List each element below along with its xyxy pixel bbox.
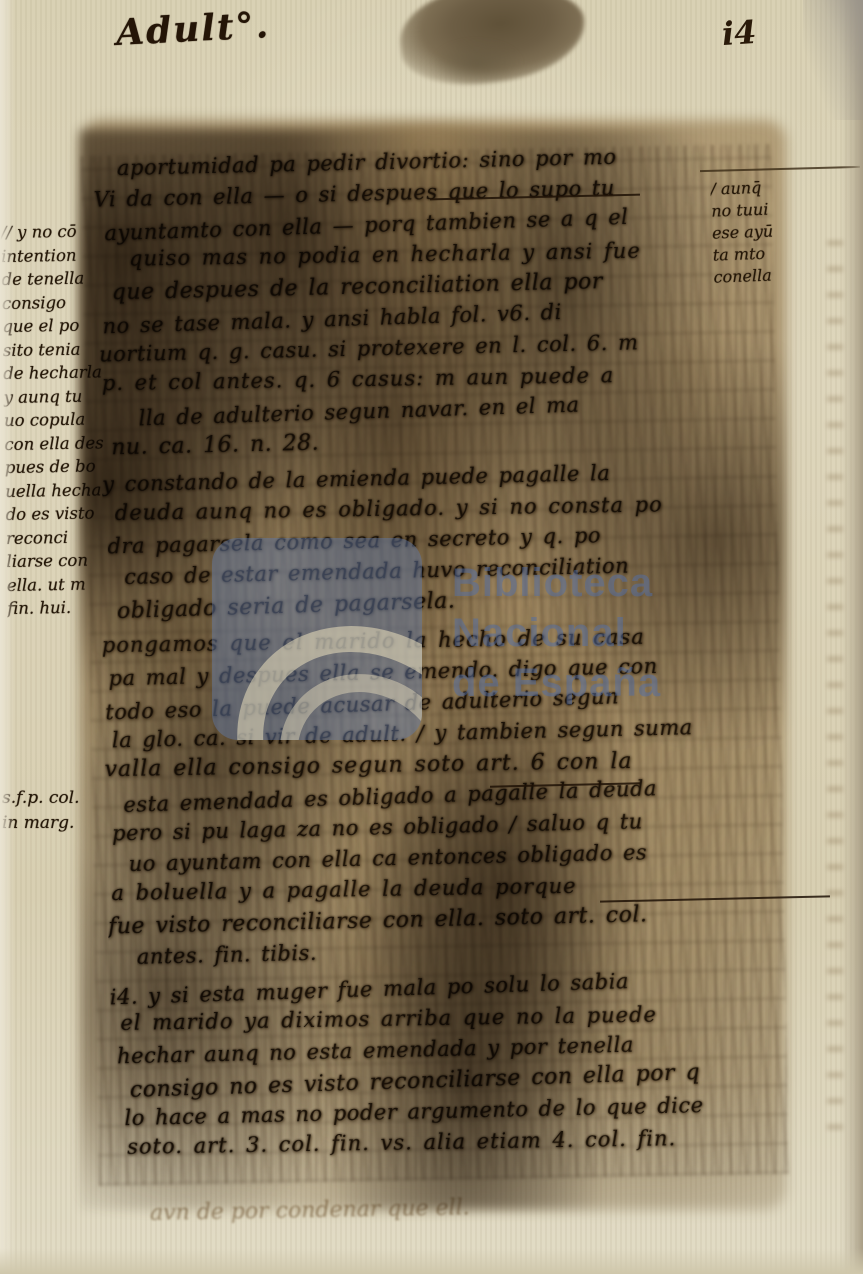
margin-line: ella. ut m: [7, 571, 125, 597]
page-edge-top-right: [803, 0, 863, 120]
margin-line: que el po: [2, 313, 120, 339]
page-edge-left: [0, 0, 14, 1274]
margin-line: reconci: [6, 524, 124, 550]
margin-line: intention: [1, 242, 119, 268]
page-edge-right: [841, 0, 863, 1274]
margin-line: de tenella: [1, 266, 119, 292]
margin-line: // y no cō: [1, 219, 119, 245]
manuscript-page: Adult°. i4 aportumidad pa pedir divortio…: [0, 0, 863, 1274]
folio-number: i4: [721, 13, 758, 53]
margin-line: de hecharla: [3, 360, 121, 386]
margin-line: uella hecha: [5, 477, 123, 503]
margin-note-left-lower: s.f.p. col. in marg.: [2, 786, 120, 836]
margin-line: sito tenia: [3, 336, 121, 362]
margin-line: fin. hui.: [7, 595, 125, 621]
margin-note-left-upper: // y no cō intention de tenella consigo …: [1, 219, 126, 620]
margin-line: in marg.: [2, 811, 120, 836]
margin-line: liarse con: [6, 548, 124, 574]
margin-line: consigo: [2, 289, 120, 315]
ink-blot-core: [432, 40, 522, 86]
margin-line: y aunq tu: [3, 383, 121, 409]
margin-line: do es visto: [5, 501, 123, 527]
manuscript-body: aportumidad pa pedir divortio: sino por …: [89, 139, 784, 1166]
margin-line: s.f.p. col.: [2, 786, 120, 811]
margin-line: pues de bo: [5, 454, 123, 480]
page-edge-bottom: [0, 1248, 863, 1274]
page-heading: Adult°.: [115, 4, 271, 54]
margin-line: con ella des: [4, 430, 122, 456]
margin-line: uo copula: [4, 407, 122, 433]
